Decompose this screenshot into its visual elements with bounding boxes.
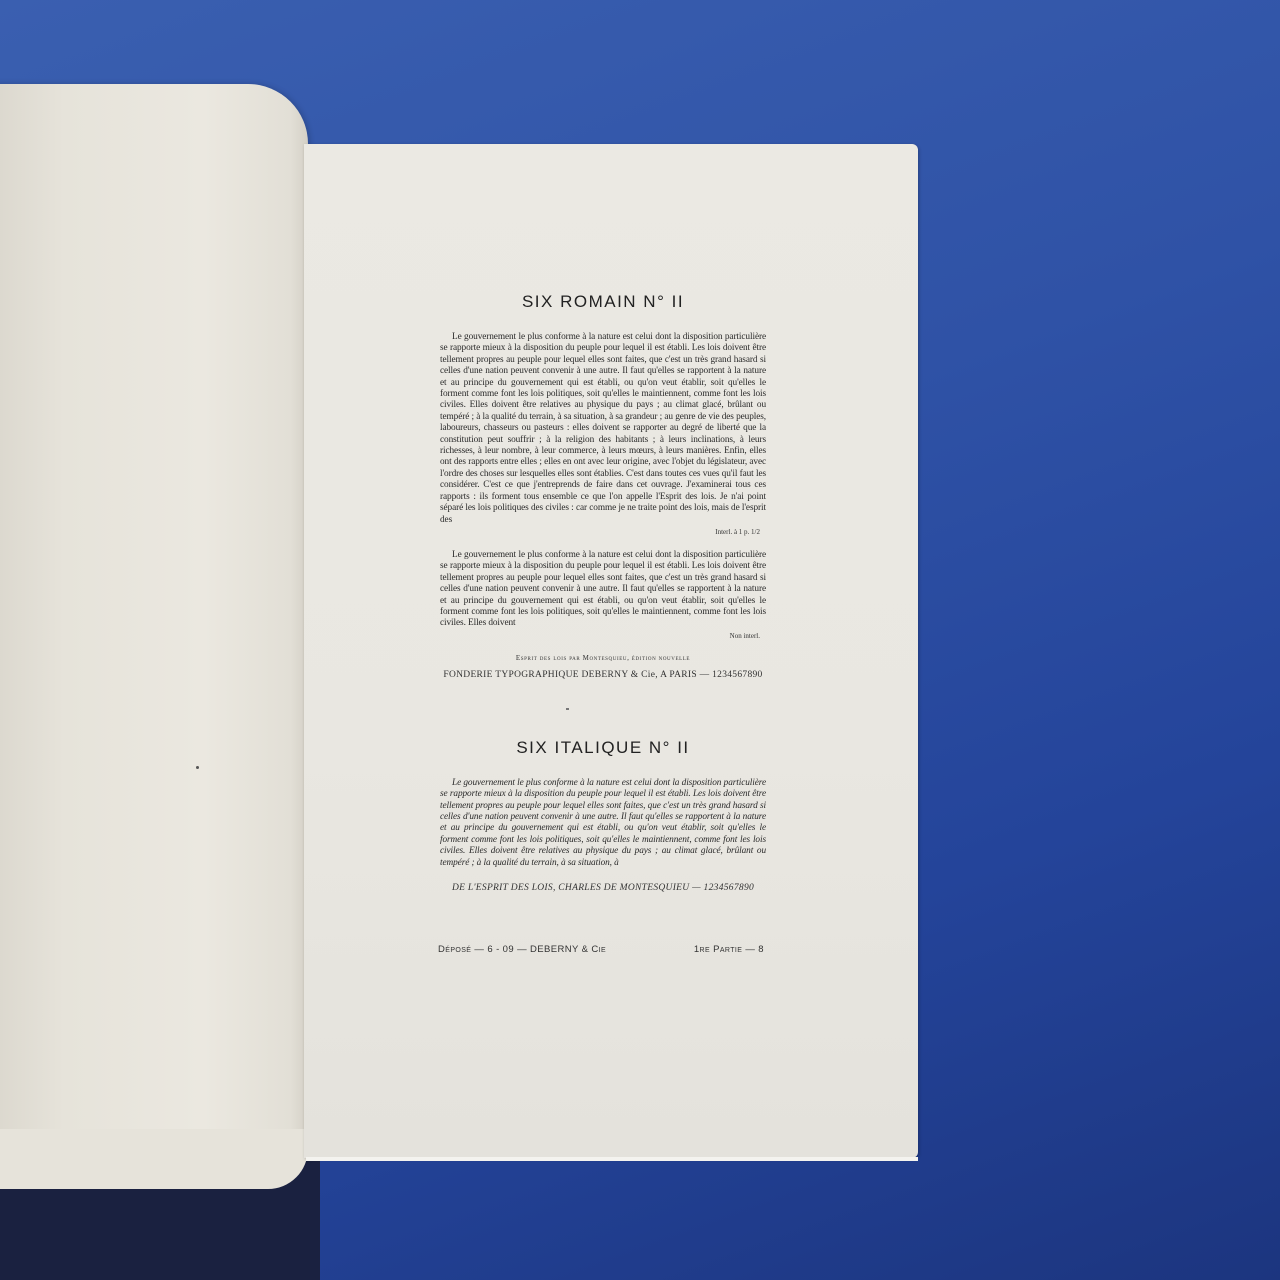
paper-speck xyxy=(196,766,199,769)
leading-note-solid: Non interl. xyxy=(440,632,760,640)
left-page xyxy=(0,84,308,1159)
caption-foundry: FONDERIE TYPOGRAPHIQUE DEBERNY & Cie, A … xyxy=(426,670,780,680)
section-title-italique: SIX ITALIQUE N° II xyxy=(440,738,766,758)
footer-page-number: 1re Partie — 8 xyxy=(694,944,764,955)
footer-deposit: Déposé — 6 - 09 — DEBERNY & Cie xyxy=(438,944,606,955)
specimen-content: SIX ROMAIN N° II Le gouvernement le plus… xyxy=(440,292,766,893)
section-title-romain: SIX ROMAIN N° II xyxy=(440,292,766,312)
page-footer: Déposé — 6 - 09 — DEBERNY & Cie 1re Part… xyxy=(438,944,764,955)
page-stack-edge xyxy=(306,1157,918,1161)
caption-small-caps: Esprit des lois par Montesquieu, édition… xyxy=(440,654,766,662)
specimen-paragraph-leaded: Le gouvernement le plus conforme à la na… xyxy=(440,332,766,526)
caption-italic: DE L'ESPRIT DES LOIS, CHARLES DE MONTESQ… xyxy=(440,883,766,893)
specimen-paragraph-italic: Le gouvernement le plus conforme à la na… xyxy=(440,778,766,869)
specimen-paragraph-solid: Le gouvernement le plus conforme à la na… xyxy=(440,550,766,630)
ink-mark xyxy=(566,708,569,710)
leading-note: Interl. à 1 p. 1/2 xyxy=(440,528,760,536)
